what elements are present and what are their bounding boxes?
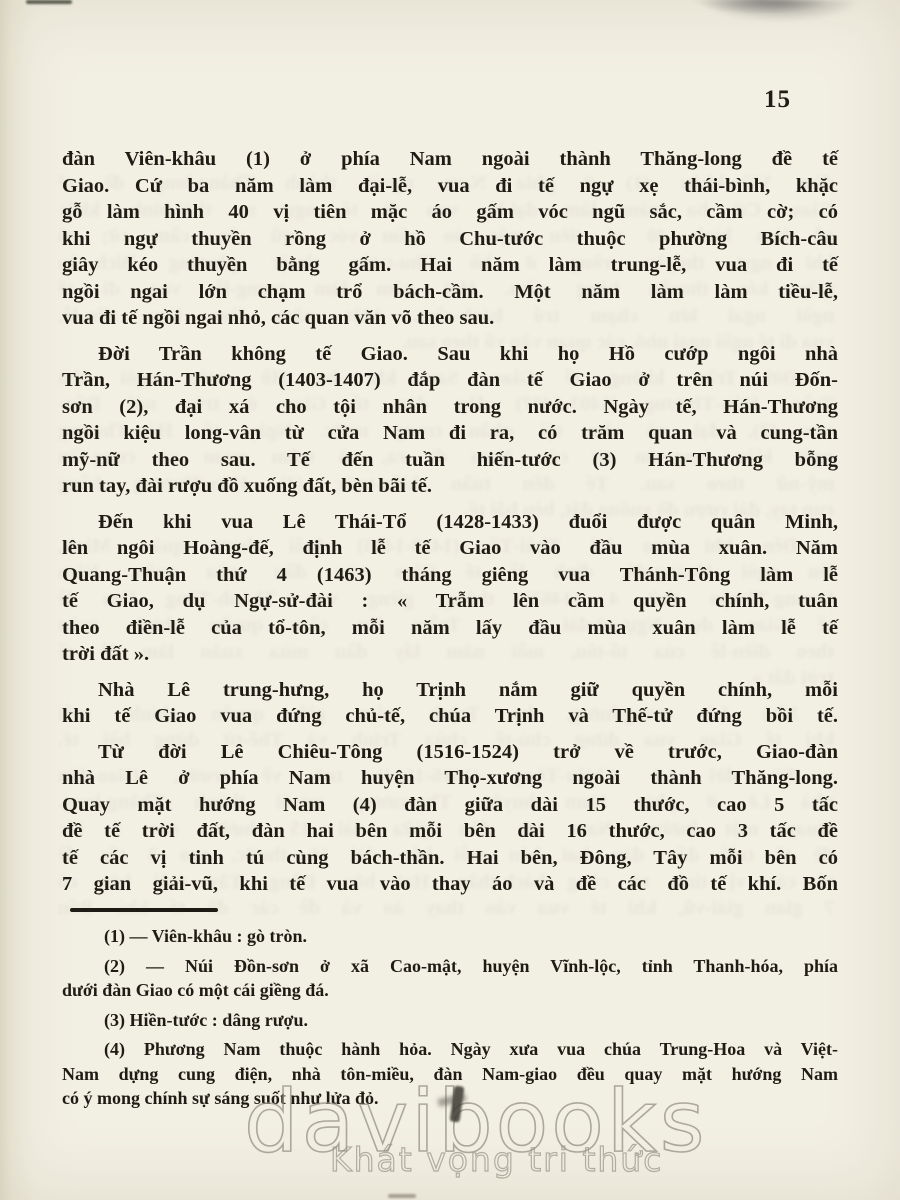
footnote-separator <box>70 908 218 912</box>
text-line: ngồi kiệu long-vân từ cửa Nam đi ra, có … <box>62 420 838 447</box>
paragraph-5: Từ đời Lê Chiêu-Tông (1516-1524) trở về … <box>62 739 838 898</box>
text-line: đề tế trời đất, đàn hai bên mỗi bên dài … <box>62 818 838 845</box>
text-line: gỗ làm hình 40 vị tiên mặc áo gấm vóc ng… <box>62 199 838 226</box>
text-line: trời đất ». <box>62 641 838 668</box>
text-line: mỹ-nữ theo sau. Tế đến tuần hiến-tước (3… <box>62 447 838 474</box>
footnote-line: (1) — Viên-khâu : gò tròn. <box>62 924 838 949</box>
footnote-3: (3) Hiền-tước : dâng rượu. <box>62 1008 838 1033</box>
footnote-line: dưới đàn Giao có một cái giềng đá. <box>62 978 838 1003</box>
text-line: Đến khi vua Lê Thái-Tổ (1428-1433) đuổi … <box>62 509 838 536</box>
text-line: theo điền-lễ của tổ-tôn, mỗi năm lấy đầu… <box>62 615 838 642</box>
paragraph-3: Đến khi vua Lê Thái-Tổ (1428-1433) đuổi … <box>62 509 838 668</box>
text-line: Từ đời Lê Chiêu-Tông (1516-1524) trở về … <box>62 739 838 766</box>
text-line: sơn (2), đại xá cho tội nhân trong nước.… <box>62 394 838 421</box>
text-line: nhà Lê ở phía Nam huyện Thọ-xương ngoài … <box>62 765 838 792</box>
footnote-1: (1) — Viên-khâu : gò tròn. <box>62 924 838 949</box>
text-line: Quay mặt hướng Nam (4) đàn giữa dài 15 t… <box>62 792 838 819</box>
text-line: khi ngự thuyền rồng ở hồ Chu-tước thuộc … <box>62 226 838 253</box>
text-line: 7 gian giải-vũ, khi tế vua vào thay áo v… <box>62 871 838 898</box>
paragraph-2: Đời Trần không tế Giao. Sau khi họ Hồ cư… <box>62 341 838 500</box>
scanned-book-page: 15 đàn Viên-khâu (1) ở phía Nam ngoài th… <box>0 0 900 1200</box>
text-line: ngồi ngai lớn chạm trổ bách-cầm. Một năm… <box>62 279 838 306</box>
text-line: Giao. Cứ ba năm làm đại-lễ, vua đi tế ng… <box>62 173 838 200</box>
text-line: tế Giao, dụ Ngự-sử-đài : « Trẫm lên cầm … <box>62 588 838 615</box>
text-line: Quang-Thuận thứ 4 (1463) tháng giêng vua… <box>62 562 838 589</box>
footnote-line: (2) — Núi Đồn-sơn ở xã Cao-mật, huyện Vĩ… <box>62 954 838 979</box>
scan-mark-top-left <box>26 0 72 4</box>
text-line: run tay, đài rượu đồ xuống đất, bèn bãi … <box>62 473 838 500</box>
text-line: khi tế Giao vua đứng chủ-tế, chúa Trịnh … <box>62 703 838 730</box>
text-line: Đời Trần không tế Giao. Sau khi họ Hồ cư… <box>62 341 838 368</box>
text-line: giây kéo thuyền bằng gấm. Hai năm làm tr… <box>62 252 838 279</box>
text-line: lên ngôi Hoàng-đế, định lễ tế Giao vào đ… <box>62 535 838 562</box>
text-line: đàn Viên-khâu (1) ở phía Nam ngoài thành… <box>62 146 838 173</box>
scan-smudge-top <box>700 0 860 22</box>
text-line: Nhà Lê trung-hưng, họ Trịnh nắm giữ quyề… <box>62 677 838 704</box>
scan-mark-bottom <box>388 1194 416 1198</box>
footnote-line: (4) Phương Nam thuộc hành hỏa. Ngày xưa … <box>62 1037 838 1062</box>
paragraph-4: Nhà Lê trung-hưng, họ Trịnh nắm giữ quyề… <box>62 677 838 730</box>
text-line: tế các vị tinh tú cùng bách-thần. Hai bê… <box>62 845 838 872</box>
footnote-line: (3) Hiền-tước : dâng rượu. <box>62 1008 838 1033</box>
watermark-tagline: Khát vọng tri thức <box>330 1140 663 1179</box>
text-line: Trần, Hán-Thương (1403-1407) đắp đàn tế … <box>62 367 838 394</box>
footnote-2: (2) — Núi Đồn-sơn ở xã Cao-mật, huyện Vĩ… <box>62 954 838 1003</box>
text-line: vua đi tế ngồi ngai nhỏ, các quan văn võ… <box>62 305 838 332</box>
paragraph-1: đàn Viên-khâu (1) ở phía Nam ngoài thành… <box>62 146 838 332</box>
page-number: 15 <box>764 86 791 114</box>
body-text: đàn Viên-khâu (1) ở phía Nam ngoài thành… <box>62 146 838 898</box>
